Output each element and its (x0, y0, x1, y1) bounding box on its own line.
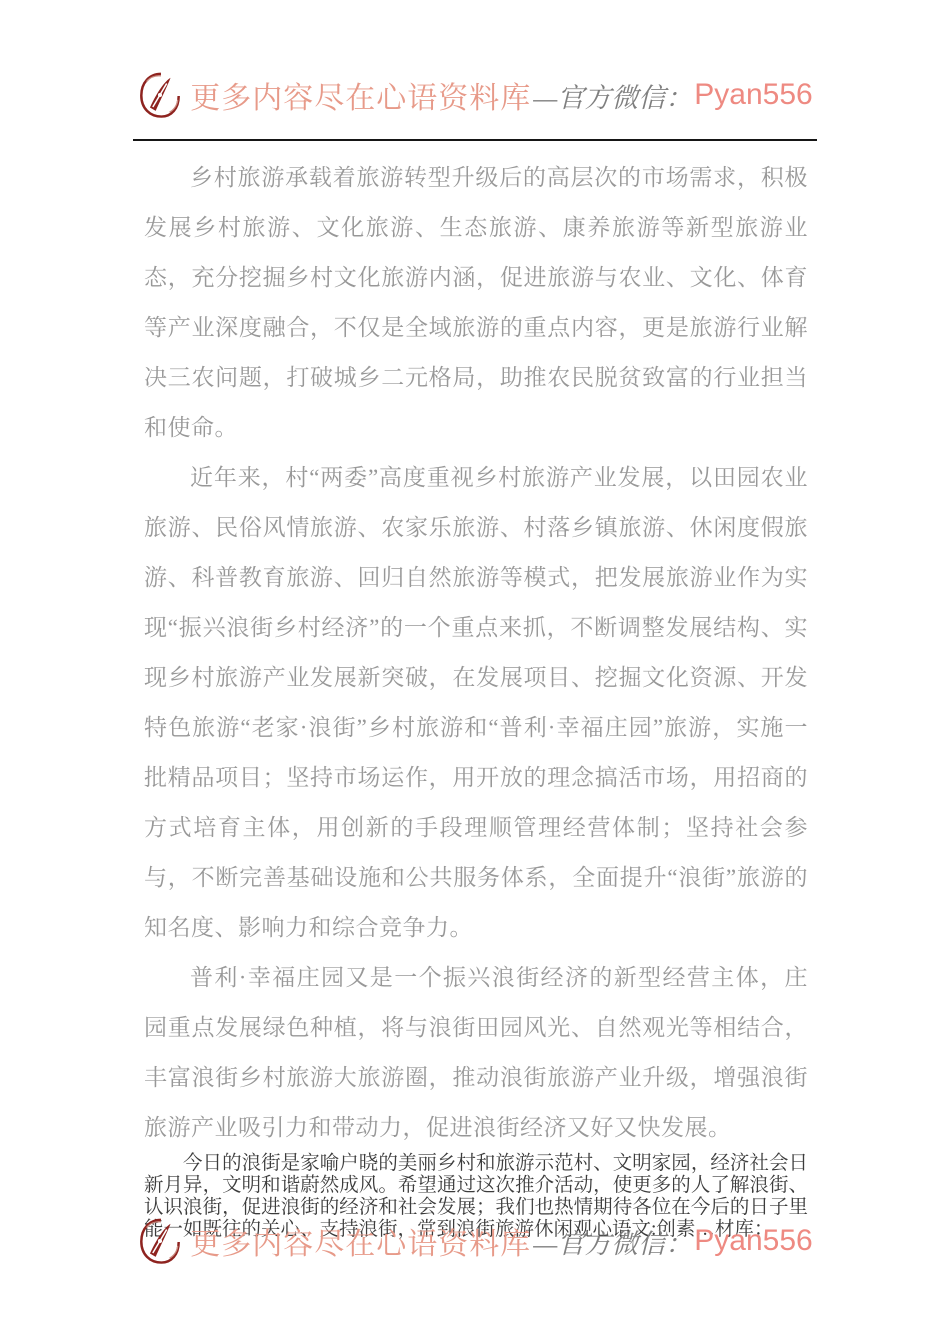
watermark-wechat-label: —官方微信： (533, 1222, 692, 1261)
pen-logo-icon (137, 1216, 183, 1266)
watermark-wechat-label: —官方微信： (533, 76, 692, 115)
header-divider-line (133, 139, 817, 141)
watermark-wechat-account: Pyan556 (694, 1224, 812, 1258)
paragraph-puli-happiness-manor: 普利·幸福庄园又是一个振兴浪街经济的新型经营主体，庄园重点发展绿色种植，将与浪街… (144, 953, 808, 1153)
watermark-brand-text: 更多内容尽在心语资料库 (190, 73, 531, 117)
watermark-wechat-account: Pyan556 (694, 78, 812, 112)
paragraph-village-committee-development: 近年来，村“两委”高度重视乡村旅游产业发展，以田园农业旅游、民俗风情旅游、农家乐… (144, 453, 808, 953)
paragraph-rural-tourism-overview: 乡村旅游承载着旅游转型升级后的高层次的市场需求，积极发展乡村旅游、文化旅游、生态… (144, 153, 808, 453)
watermark-brand-text: 更多内容尽在心语资料库 (190, 1219, 531, 1263)
document-body: 乡村旅游承载着旅游转型升级后的高层次的市场需求，积极发展乡村旅游、文化旅游、生态… (144, 153, 808, 1241)
document-page: 更多内容尽在心语资料库 —官方微信： Pyan556 乡村旅游承载着旅游转型升级… (0, 0, 950, 1344)
header-watermark: 更多内容尽在心语资料库 —官方微信： Pyan556 (0, 70, 950, 120)
footer-watermark: 更多内容尽在心语资料库 —官方微信： Pyan556 (0, 1216, 950, 1266)
pen-logo-icon (137, 70, 183, 120)
